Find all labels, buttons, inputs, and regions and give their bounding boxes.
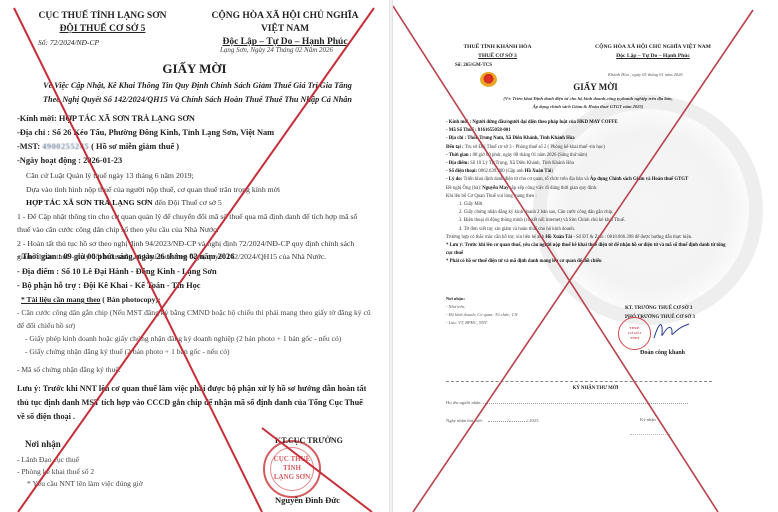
note-1: * Lưu ý: Trước khi lên cơ quan thuế, yêu… (446, 242, 726, 258)
required-documents-heading: * Tài liệu cần mang theo ( Bản photocopy… (17, 293, 372, 306)
acknowledgement-title: KÝ NHẬN THƯ MỜI (393, 386, 778, 391)
contact-line: Trường hợp có thắc mắc cần hỗ trợ, xin l… (446, 234, 726, 242)
document-title: GIẤY MỜI (0, 61, 389, 77)
receipt-date-line: Ngày nhận thư mời: // 2025. (446, 417, 540, 423)
subtitle-line: (V/v Triển khai Định danh điện tử cho hộ… (453, 95, 723, 103)
agency-name: THUẾ TỈNH KHÁNH HÒA (445, 43, 550, 52)
meeting-location: - Địa điểm : Số 10 Lê Đại Hành - Đông Ki… (17, 265, 234, 280)
recipients-block: Nơi nhận: - Như trên; - Hộ kinh doanh; C… (446, 295, 518, 327)
mst-label: -MST: (17, 142, 42, 151)
nation-motto: Độc Lập – Tự Do – Hạnh Phúc (583, 52, 723, 61)
handwritten-signature-icon (651, 318, 691, 342)
invite-suffix: đến Đội Thuế cơ sở 5 (153, 198, 222, 207)
mst-value-obscured: 4900255245 (42, 142, 89, 151)
subtitle-line: Theo Nghị Quyết Số 142/2024/QH15 Và Chín… (20, 93, 375, 107)
nation-name: CỘNG HÒA XÃ HỘI CHỦ NGHĨA VIỆT NAM (583, 43, 723, 52)
subtitle-line: Áp dụng chính sách Giảm & Hoàn thuế GTGT… (453, 103, 723, 111)
invitation-body: - Kính mời : Người đứng đầu/người đại di… (446, 119, 726, 267)
bring-intro: Khi lên bổ Cơ Quan Thuế vui lòng mang th… (446, 193, 726, 201)
subtitle-line: Về Việc Cập Nhật, Kê Khai Thông Tin Quy … (20, 79, 375, 93)
recipients-heading: Nơi nhận (17, 438, 143, 450)
meeting-details: - Thời gian : 09 giờ 00 phút sáng, ngày … (17, 250, 234, 294)
reminder-text: * Yêu cầu NNT lên làm việc đúng giờ (17, 478, 143, 490)
agency-name: CỤC THUẾ TỈNH LẠNG SƠN (30, 10, 175, 23)
meeting-time: - Thời gian : 09 giờ 00 phút sáng, ngày … (17, 250, 234, 265)
mst-note: ( Hồ sơ miễn giảm thuế ) (91, 142, 179, 151)
document-item: - Căn cước công dân gắn chip (Nếu MST đă… (17, 306, 372, 332)
official-stamp-icon: CỤC THUẾ TỈNH LẠNG SƠN (263, 440, 321, 498)
official-stamp-icon: THUẾ CƠ SỞ 3 TỈNH (618, 317, 651, 350)
document-subtitle: (V/v Triển khai Định danh điện tử cho hộ… (453, 95, 723, 111)
recipient-item: - Lãnh Đạo cục thuế (17, 454, 143, 466)
agency-unit: ĐỘI THUẾ CƠ SỞ 5 (30, 23, 175, 36)
required-documents: * Tài liệu cần mang theo ( Bản photocopy… (17, 293, 372, 376)
signature-line (630, 434, 670, 435)
document-item: - Mã số chứng nhận đăng ký thuế. (17, 363, 372, 376)
reason-field: - Lý do: Triển khai định danh điện tử ch… (446, 176, 726, 184)
recipients-block: Nơi nhận - Lãnh Đạo cục thuế - Phòng kê … (17, 438, 143, 490)
recipients-heading: Nơi nhận: (446, 295, 518, 303)
meeting-support: - Bộ phận hỗ trợ : Đội Kê Khai - Kế Toán… (17, 279, 234, 294)
location-field: - Địa điểm: Số 10 Lý Tự Trọng, Xã Diên K… (446, 160, 726, 168)
sign-receipt-label: Ký nhận (640, 417, 656, 422)
invitee-fields: -Kính mời: HỢP TÁC XÃ SƠN TRÀ LẠNG SƠN -… (17, 112, 274, 168)
bring-item: 4. Tờ đơn viết tay xin giảm và hoàn thuế… (446, 226, 726, 234)
right-invitation-document: THUẾ TỈNH KHÁNH HÒA THUẾ CƠ SỞ 3 Số: 265… (393, 0, 778, 512)
document-item: - Giấy chứng nhận đăng ký thuế (2 bản ph… (17, 345, 372, 358)
invitee-field: - Kính mời : Người đứng đầu/người đại di… (446, 119, 726, 127)
document-item: - Giấy phép kinh doanh hoặc giấy chứng n… (17, 332, 372, 345)
signer-name: Đoàn công khanh (640, 350, 685, 356)
invitee-field: -Kính mời: HỢP TÁC XÃ SƠN TRÀ LẠNG SƠN (17, 112, 274, 126)
note-2: * Phải có hồ sơ thuế điện tử và mã định … (446, 258, 726, 266)
national-header: CỘNG HÒA XÃ HỘI CHỦ NGHĨA VIỆT NAM Độc L… (200, 10, 370, 49)
document-date: Lạng Sơn, Ngày 24 Tháng 02 Năm 2026 (220, 46, 333, 54)
recipient-item: - Hộ kinh doanh; Cơ quan; Tổ chức; CN (446, 311, 518, 319)
recipient-item: - Lưu: VT, BPHC, NNT. (446, 319, 518, 327)
document-title: GIẤY MỜI (393, 82, 778, 92)
tax-code-field: - Mã Số Thuế : 8161655058-001 (446, 127, 726, 135)
signature-title: KT.CỤC TRƯỞNG (275, 436, 343, 445)
phone-field: - Số điện thoại: 0862.639.200 (Gặp anh H… (446, 168, 726, 176)
context-text: Dựa vào tình hình nộp thuế của người nộp… (17, 183, 367, 197)
right-document-content: THUẾ TỈNH KHÁNH HÒA THUẾ CƠ SỞ 3 Số: 265… (393, 0, 778, 512)
invite-line: HỢP TÁC XÃ SƠN TRÀ LẠNG SƠN đến Đội Thuế… (17, 196, 367, 210)
document-number: Số: 265/GM-TCS (445, 61, 550, 70)
request-line: Đề nghị Ông (bà): Nguyễn May sắp xếp côn… (446, 185, 726, 193)
active-date-field: -Ngày hoạt động : 2026-01-23 (17, 154, 274, 168)
address-field: -Địa chỉ : Số 26 Kéo Tấu, Phường Đông Ki… (17, 126, 274, 140)
cut-line-divider (446, 381, 712, 382)
invitee-name: HỢP TÁC XÃ SƠN TRÀ LẠNG SƠN (26, 198, 153, 207)
bring-item: 3. Điện thoại di động thông minh (có kết… (446, 217, 726, 225)
agency-header: CỤC THUẾ TỈNH LẠNG SƠN ĐỘI THUẾ CƠ SỞ 5 … (30, 10, 175, 49)
document-date: Khánh Hòa , ngày 05 tháng 01 năm 2026 (608, 72, 683, 77)
time-field: - Thời gian : 08 giờ 00 phút, ngày 08 th… (446, 152, 726, 160)
agency-header: THUẾ TỈNH KHÁNH HÒA THUẾ CƠ SỞ 3 Số: 265… (445, 43, 550, 70)
bring-item: 1. Giấy Mời (446, 201, 726, 209)
agency-unit: THUẾ CƠ SỞ 3 (445, 52, 550, 61)
important-note: Lưu ý: Trước khi NNT lên cơ quan thuế là… (17, 382, 367, 424)
left-invitation-document: CỤC THUẾ TỈNH LẠNG SƠN ĐỘI THUẾ CƠ SỞ 5 … (0, 0, 389, 512)
national-header: CỘNG HÒA XÃ HỘI CHỦ NGHĨA VIỆT NAM Độc L… (583, 43, 723, 61)
mst-field: -MST: 4900255245 ( Hồ sơ miễn giảm thuế … (17, 140, 274, 154)
purpose-item-1: 1 - Để Cập nhật thông tin cho cơ quan qu… (17, 210, 367, 237)
address-field: - Địa chỉ : Thôn Trung Nam, Xã Diên Khán… (446, 135, 726, 143)
venue-field: Đến tại : Trụ sở Đội Thuế cơ sở 3 - Phòn… (446, 144, 726, 152)
legal-basis: Căn cứ Luật Quản lý thuế ngày 13 tháng 6… (17, 169, 367, 183)
document-subtitle: Về Việc Cập Nhật, Kê Khai Thông Tin Quy … (20, 79, 375, 107)
recipient-item: - Phòng kê khai thuế số 2 (17, 466, 143, 478)
signer-name: Nguyễn Đình Đức (275, 495, 340, 505)
bring-item: 2. Giấy chứng nhận đăng ký kinh doanh 2 … (446, 209, 726, 217)
document-number: Số: 72/2024/NĐ-CP (30, 36, 175, 49)
recipient-item: - Như trên; (446, 303, 518, 311)
nation-name: CỘNG HÒA XÃ HỘI CHỦ NGHĨA VIỆT NAM (200, 10, 370, 36)
recipient-name-line: Họ tên người nhận: (446, 399, 688, 405)
